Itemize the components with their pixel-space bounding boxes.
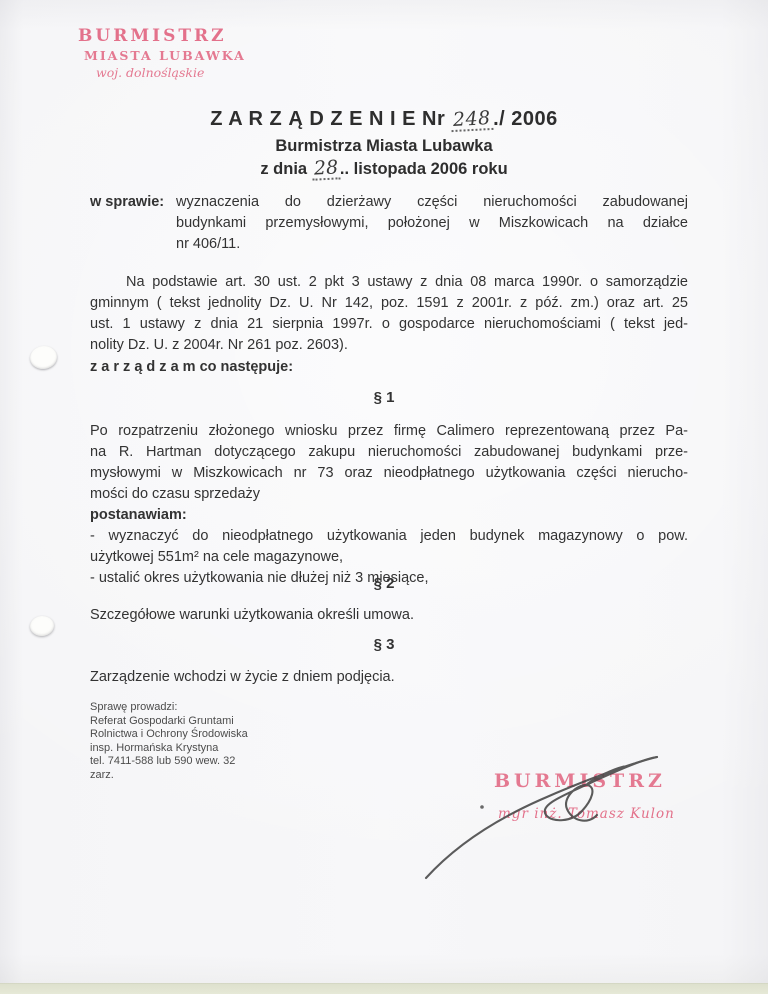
scanned-document-page: BURMISTRZ MIASTA LUBAWKA woj. dolnośląsk…: [0, 0, 768, 994]
text-line: gminnym ( tekst jednolity Dz. U. Nr 142,…: [90, 293, 688, 314]
title-suffix: ./ 2006: [493, 108, 558, 130]
text-line: ust. 1 ustawy z dnia 21 sierpnia 1997r. …: [90, 314, 688, 335]
stamp-city-name: MIASTA LUBAWKA: [84, 48, 246, 63]
section-2-paragraph: Szczegółowe warunki użytkowania określi …: [90, 605, 688, 626]
section-3-heading: § 3: [0, 636, 768, 653]
ordain-line: z a r z ą d z a m co następuje:: [90, 357, 688, 378]
text-line: budynkami przemysłowymi, położonej w Mis…: [176, 213, 688, 234]
title-line-3: z dnia 28.. listopada 2006 roku: [0, 159, 768, 180]
footer-line: insp. Hormańska Krystyna: [90, 742, 248, 756]
date-day-handwritten: 28: [311, 158, 340, 180]
stamp-region-name: woj. dolnośląskie: [96, 65, 246, 80]
section-1-heading: § 1: [0, 389, 768, 406]
footer-line: Referat Gospodarki Gruntami: [90, 715, 248, 729]
footer-line: Sprawę prowadzi:: [90, 701, 248, 715]
text-line: na R. Hartman dotyczącego zakupu nieruch…: [90, 442, 688, 463]
subject-label: w sprawie:: [90, 192, 176, 255]
date-prefix: z dnia: [260, 160, 311, 178]
section-2-heading: § 2: [0, 575, 768, 592]
section-3-paragraph: Zarządzenie wchodzi w życie z dniem podj…: [90, 667, 688, 688]
date-suffix: .. listopada 2006 roku: [340, 160, 508, 178]
decide-label: postanawiam:: [90, 505, 688, 526]
text-line: nr 406/11.: [176, 234, 688, 255]
document-title: Z A R Z Ą D Z E N I E Nr 248./ 2006 Burm…: [0, 108, 768, 180]
section-1-paragraph: Po rozpatrzeniu złożonego wniosku przez …: [90, 421, 688, 505]
text-line: nolity Dz. U. z 2004r. Nr 261 poz. 2603)…: [90, 335, 688, 356]
title-line-2: Burmistrza Miasta Lubawka: [0, 137, 768, 156]
title-number-handwritten: 248: [451, 109, 494, 132]
subject-paragraph: w sprawie: wyznaczenia do dzierżawy częś…: [90, 192, 688, 255]
text-line: użytkowej 551m² na cele magazynowe,: [90, 547, 688, 568]
footer-line: tel. 7411-588 lub 590 wew. 32: [90, 755, 248, 769]
hole-punch-bottom: [29, 615, 55, 637]
hole-punch-top: [29, 344, 59, 371]
legal-basis-paragraph: Na podstawie art. 30 ust. 2 pkt 3 ustawy…: [90, 272, 688, 356]
text-line: Po rozpatrzeniu złożonego wniosku przez …: [90, 421, 688, 442]
text-line: mości do czasu sprzedaży: [90, 484, 688, 505]
case-handler-block: Sprawę prowadzi: Referat Gospodarki Grun…: [90, 701, 248, 782]
subject-text: wyznaczenia do dzierżawy części nierucho…: [176, 192, 688, 255]
title-prefix: Z A R Z Ą D Z E N I E Nr: [210, 108, 451, 130]
footer-line: Rolnictwa i Ochrony Środowiska: [90, 728, 248, 742]
footer-line: zarz.: [90, 769, 248, 783]
header-office-stamp: BURMISTRZ MIASTA LUBAWKA woj. dolnośląsk…: [78, 26, 246, 80]
text-line: Na podstawie art. 30 ust. 2 pkt 3 ustawy…: [90, 272, 688, 293]
stamp-office-name: BURMISTRZ: [78, 26, 246, 46]
scan-edge-strip: [0, 983, 768, 994]
text-line: - wyznaczyć do nieodpłatnego użytkowania…: [90, 526, 688, 547]
section-1-body: Po rozpatrzeniu złożonego wniosku przez …: [90, 421, 688, 589]
section-1-bullet-1: - wyznaczyć do nieodpłatnego użytkowania…: [90, 526, 688, 568]
signature-ink-dot: [480, 805, 484, 809]
title-line-1: Z A R Z Ą D Z E N I E Nr 248./ 2006: [0, 108, 768, 131]
handwritten-signature: [400, 728, 700, 898]
text-line: wyznaczenia do dzierżawy części nierucho…: [176, 192, 688, 213]
text-line: mysłowymi w Miszkowicach nr 73 oraz nieo…: [90, 463, 688, 484]
